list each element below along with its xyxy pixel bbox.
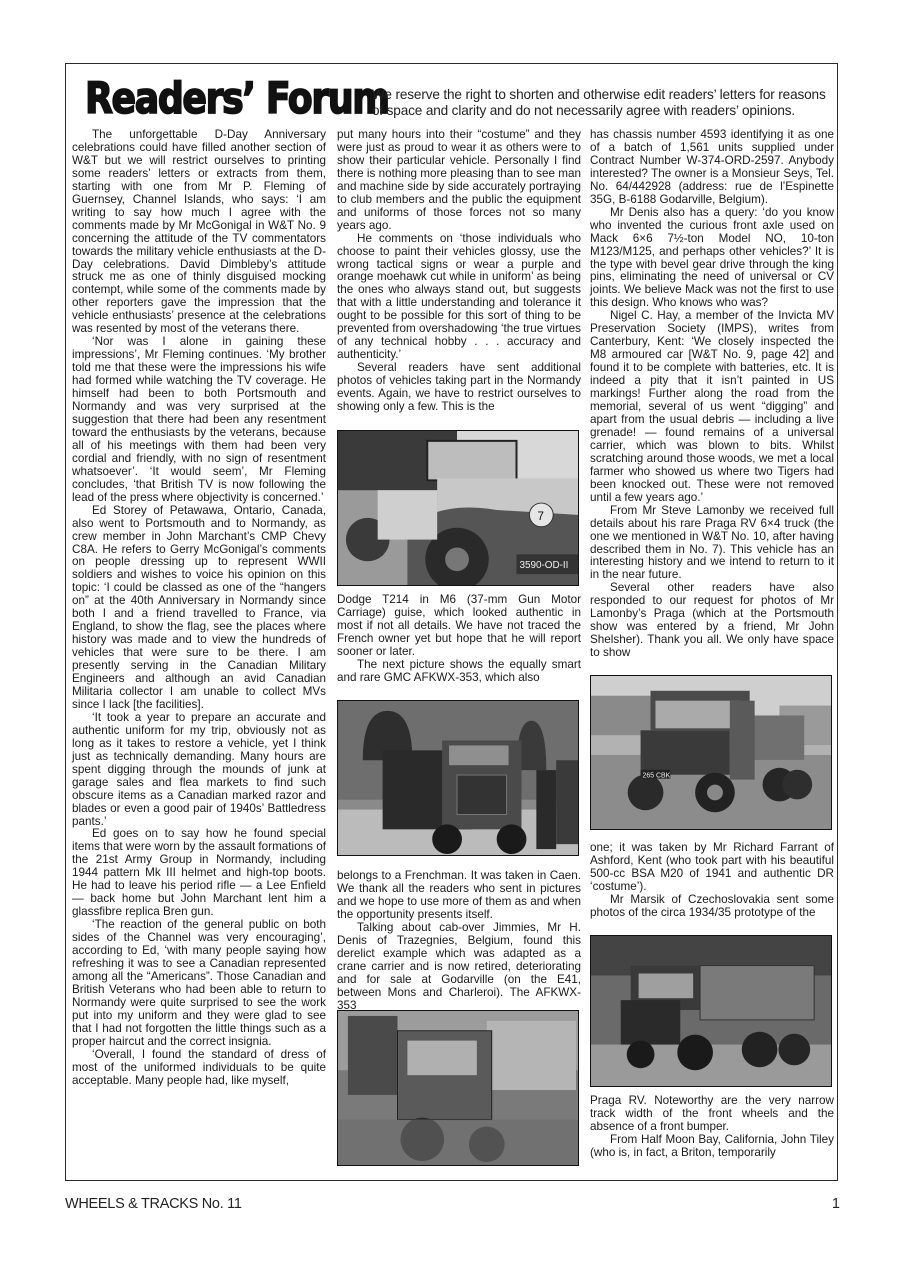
- column-3-segment-3: Praga RV. Noteworthy are the very narrow…: [590, 1095, 834, 1160]
- paragraph: ‘It took a year to prepare an accurate a…: [72, 712, 326, 829]
- paragraph: put many hours into their “costume” and …: [337, 129, 581, 233]
- column-3-segment-2: one; it was taken by Mr Richard Farrant …: [590, 842, 834, 920]
- publication-footer: WHEELS & TRACKS No. 11: [65, 1196, 242, 1212]
- paragraph: belongs to a Frenchman. It was taken in …: [337, 870, 581, 922]
- column-1: The unforgettable D-Day Anniversary cele…: [72, 129, 326, 1088]
- paragraph: Nigel C. Hay, a member of the Invicta MV…: [590, 310, 834, 504]
- truck-photo-icon: 265 CBK: [591, 676, 831, 829]
- photo-dodge-t214: 7 3590-OD-II: [337, 430, 579, 586]
- paragraph: Several other readers have also responde…: [590, 582, 834, 660]
- photo-derelict-crane-carrier: [337, 1010, 579, 1166]
- paragraph: Mr Marsik of Czechoslovakia sent some ph…: [590, 894, 834, 920]
- column-2-segment-1: put many hours into their “costume” and …: [337, 129, 581, 414]
- paragraph: From Mr Steve Lamonby we received full d…: [590, 505, 834, 583]
- paragraph: ‘The reaction of the general public on b…: [72, 919, 326, 1049]
- paragraph: Ed Storey of Petawawa, Ontario, Canada, …: [72, 505, 326, 712]
- column-2-segment-2: Dodge T214 in M6 (37-mm Gun Motor Carria…: [337, 594, 581, 685]
- svg-text:3590-OD-II: 3590-OD-II: [519, 560, 568, 571]
- paragraph: Mr Denis also has a query: ‘do you know …: [590, 207, 834, 311]
- paragraph: has chassis number 4593 identifying it a…: [590, 129, 834, 207]
- paragraph: one; it was taken by Mr Richard Farrant …: [590, 842, 834, 894]
- photo-caption-text: Praga RV. Noteworthy are the very narrow…: [590, 1095, 834, 1134]
- paragraph: The next picture shows the equally smart…: [337, 659, 581, 685]
- column-3-segment-1: has chassis number 4593 identifying it a…: [590, 129, 834, 660]
- truck-photo-icon: [338, 1011, 578, 1165]
- editorial-disclaimer: We reserve the right to shorten and othe…: [372, 87, 834, 119]
- paragraph: The unforgettable D-Day Anniversary cele…: [72, 129, 326, 336]
- column-2-segment-3: belongs to a Frenchman. It was taken in …: [337, 870, 581, 1012]
- paragraph: Ed goes on to say how he found special i…: [72, 828, 326, 919]
- paragraph: From Half Moon Bay, California, John Til…: [590, 1134, 834, 1160]
- paragraph: Talking about cab-over Jimmies, Mr H. De…: [337, 922, 581, 1013]
- truck-photo-icon: 7 3590-OD-II: [338, 431, 578, 585]
- truck-photo-icon: [591, 936, 831, 1086]
- paragraph: Several readers have sent additional pho…: [337, 362, 581, 414]
- truck-photo-icon: [338, 701, 578, 855]
- paragraph: ‘Nor was I alone in gaining these impres…: [72, 336, 326, 504]
- svg-text:265 CBK: 265 CBK: [643, 773, 671, 780]
- photo-gmc-afkwx-353-caen: [337, 700, 579, 856]
- photo-caption-text: Dodge T214 in M6 (37-mm Gun Motor Carria…: [337, 594, 581, 659]
- paragraph: He comments on ‘those individuals who ch…: [337, 233, 581, 363]
- paragraph: ‘Overall, I found the standard of dress …: [72, 1049, 326, 1088]
- svg-text:7: 7: [537, 509, 544, 523]
- photo-praga-rv-prototype: [590, 935, 832, 1087]
- page-title: Readers’ Forum: [85, 78, 389, 122]
- photo-praga-rv-portsmouth: 265 CBK: [590, 675, 832, 830]
- page-number: 1: [832, 1196, 840, 1212]
